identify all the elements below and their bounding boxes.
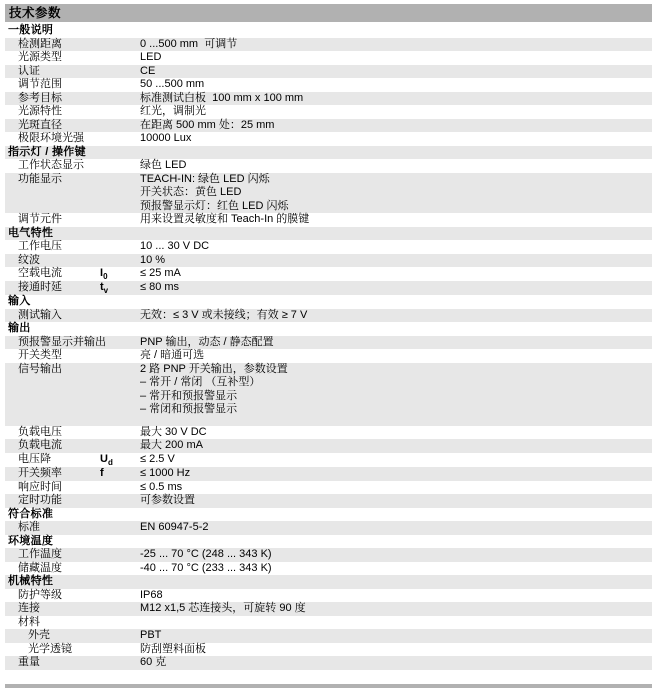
param-label: 响应时间: [5, 481, 100, 495]
param-value: 0 ...500 mm 可调节: [140, 38, 652, 52]
param-value: -25 ... 70 °C (248 ... 343 K): [140, 548, 652, 562]
section-header-row: 一般说明: [5, 24, 652, 38]
spec-row: 储藏温度-40 ... 70 °C (233 ... 343 K): [5, 562, 652, 576]
param-label: 光学透镜: [5, 643, 100, 657]
spec-row: 预报警显示并输出PNP 输出，动态 / 静态配置: [5, 336, 652, 350]
param-symbol: [100, 159, 140, 173]
spec-row: 光源特性红光，调制光: [5, 105, 652, 119]
value-line: PNP 输出，动态 / 静态配置: [140, 336, 652, 350]
section-header-row: 环境温度: [5, 535, 652, 549]
spec-row: 信号输出2 路 PNP 开关输出，参数设置– 常开 / 常闭 （互补型）– 常开…: [5, 363, 652, 426]
param-symbol: [100, 132, 140, 146]
spec-row: 调节元件用来设置灵敏度和 Teach-In 的膜键: [5, 213, 652, 227]
spec-row: 开关类型亮 / 暗通可选: [5, 349, 652, 363]
param-label: 标准: [5, 521, 100, 535]
param-value: 最大 30 V DC: [140, 426, 652, 440]
param-symbol: [100, 439, 140, 453]
section-label: 输出: [8, 322, 652, 336]
param-value: [140, 616, 652, 630]
param-symbol: [100, 119, 140, 133]
param-value: 10 %: [140, 254, 652, 268]
spec-row: 功能显示TEACH-IN: 绿色 LED 闪烁开关状态：黄色 LED预报警显示灯…: [5, 173, 652, 214]
param-symbol: [100, 363, 140, 426]
param-label: 开关类型: [5, 349, 100, 363]
param-label: 空载电流: [5, 267, 100, 281]
value-line: – 常闭和预报警显示: [140, 403, 652, 417]
section-label: 一般说明: [8, 24, 652, 38]
spec-row: 调节范围50 ...500 mm: [5, 78, 652, 92]
value-line: -25 ... 70 °C (248 ... 343 K): [140, 548, 652, 562]
param-label: 功能显示: [5, 173, 100, 214]
spec-row: 定时功能可参数设置: [5, 494, 652, 508]
spec-row: 极限环境光强10000 Lux: [5, 132, 652, 146]
value-line: 预报警显示灯：红色 LED 闪烁: [140, 200, 652, 214]
value-line: EN 60947-5-2: [140, 521, 652, 535]
spec-row: 空载电流I0≤ 25 mA: [5, 267, 652, 281]
param-symbol: [100, 240, 140, 254]
param-value: LED: [140, 51, 652, 65]
param-symbol: [100, 173, 140, 214]
value-line: 50 ...500 mm: [140, 78, 652, 92]
section-label: 环境温度: [8, 535, 652, 549]
param-value: 无效：≤ 3 V 或未接线；有效 ≥ 7 V: [140, 309, 652, 323]
value-line: -40 ... 70 °C (233 ... 343 K): [140, 562, 652, 576]
value-line: ≤ 80 ms: [140, 281, 652, 295]
section-header-row: 符合标准: [5, 508, 652, 522]
spec-row: 检测距离0 ...500 mm 可调节: [5, 38, 652, 52]
spec-row: 工作温度-25 ... 70 °C (248 ... 343 K): [5, 548, 652, 562]
param-label: 连接: [5, 602, 100, 616]
param-label: 工作温度: [5, 548, 100, 562]
section-label: 指示灯 / 操作键: [8, 146, 652, 160]
param-label: 储藏温度: [5, 562, 100, 576]
param-symbol: [100, 51, 140, 65]
param-symbol: [100, 38, 140, 52]
param-value: ≤ 25 mA: [140, 267, 652, 281]
spec-row: 防护等级IP68: [5, 589, 652, 603]
param-value: -40 ... 70 °C (233 ... 343 K): [140, 562, 652, 576]
param-value: 标准测试白板 100 mm x 100 mm: [140, 92, 652, 106]
spec-row: 纹波10 %: [5, 254, 652, 268]
value-line: 亮 / 暗通可选: [140, 349, 652, 363]
param-value: 10 ... 30 V DC: [140, 240, 652, 254]
param-symbol: Ud: [100, 453, 140, 467]
section-label: 符合标准: [8, 508, 652, 522]
value-line: 绿色 LED: [140, 159, 652, 173]
param-value: 用来设置灵敏度和 Teach-In 的膜键: [140, 213, 652, 227]
param-symbol: [100, 521, 140, 535]
value-line: ≤ 2.5 V: [140, 453, 652, 467]
param-value: IP68: [140, 589, 652, 603]
param-label: 材料: [5, 616, 100, 630]
param-value: 亮 / 暗通可选: [140, 349, 652, 363]
param-value: 60 克: [140, 656, 652, 670]
param-label: 接通时延: [5, 281, 100, 295]
param-label: 纹波: [5, 254, 100, 268]
param-symbol: [100, 629, 140, 643]
value-line: TEACH-IN: 绿色 LED 闪烁: [140, 173, 652, 187]
spec-row: 光学透镜防刮塑料面板: [5, 643, 652, 657]
param-label: 参考目标: [5, 92, 100, 106]
param-symbol: [100, 349, 140, 363]
param-symbol: I0: [100, 267, 140, 281]
param-symbol: [100, 336, 140, 350]
value-line: 2 路 PNP 开关输出，参数设置: [140, 363, 652, 377]
section-label: 电气特性: [8, 227, 652, 241]
param-value: 最大 200 mA: [140, 439, 652, 453]
param-symbol: [100, 589, 140, 603]
param-label: 认证: [5, 65, 100, 79]
spec-row: 标准EN 60947-5-2: [5, 521, 652, 535]
spec-row: 负载电流最大 200 mA: [5, 439, 652, 453]
param-label: 工作状态显示: [5, 159, 100, 173]
value-line: 10 ... 30 V DC: [140, 240, 652, 254]
param-value: 在距离 500 mm 处：25 mm: [140, 119, 652, 133]
spec-row: 负载电压最大 30 V DC: [5, 426, 652, 440]
param-symbol: [100, 213, 140, 227]
section-header-row: 指示灯 / 操作键: [5, 146, 652, 160]
value-line: CE: [140, 65, 652, 79]
param-value: 可参数设置: [140, 494, 652, 508]
value-line: 0 ...500 mm 可调节: [140, 38, 652, 52]
param-value: 2 路 PNP 开关输出，参数设置– 常开 / 常闭 （互补型）– 常开和预报警…: [140, 363, 652, 426]
param-label: 调节元件: [5, 213, 100, 227]
param-symbol: [100, 643, 140, 657]
param-symbol: [100, 602, 140, 616]
param-label: 极限环境光强: [5, 132, 100, 146]
section-header-row: 输出: [5, 322, 652, 336]
param-label: 信号输出: [5, 363, 100, 426]
value-line: PBT: [140, 629, 652, 643]
param-value: 防刮塑料面板: [140, 643, 652, 657]
spec-row: 光斑直径在距离 500 mm 处：25 mm: [5, 119, 652, 133]
param-symbol: [100, 616, 140, 630]
datasheet-page: 技术参数 一般说明检测距离0 ...500 mm 可调节光源类型LED认证CE调…: [0, 0, 656, 688]
value-line: IP68: [140, 589, 652, 603]
value-line: ≤ 0.5 ms: [140, 481, 652, 495]
param-symbol: [100, 426, 140, 440]
param-label: 负载电流: [5, 439, 100, 453]
param-value: 红光，调制光: [140, 105, 652, 119]
spec-row: 重量60 克: [5, 656, 652, 670]
param-value: 10000 Lux: [140, 132, 652, 146]
value-line: 最大 200 mA: [140, 439, 652, 453]
value-line: 防刮塑料面板: [140, 643, 652, 657]
value-line: 10000 Lux: [140, 132, 652, 146]
value-line: 60 克: [140, 656, 652, 670]
section-label: 机械特性: [8, 575, 652, 589]
value-line: 在距离 500 mm 处：25 mm: [140, 119, 652, 133]
value-line: 无效：≤ 3 V 或未接线；有效 ≥ 7 V: [140, 309, 652, 323]
spec-row: 认证CE: [5, 65, 652, 79]
spec-row: 材料: [5, 616, 652, 630]
value-line: 可参数设置: [140, 494, 652, 508]
param-value: ≤ 80 ms: [140, 281, 652, 295]
param-label: 调节范围: [5, 78, 100, 92]
param-symbol: [100, 78, 140, 92]
param-label: 负载电压: [5, 426, 100, 440]
param-value: ≤ 2.5 V: [140, 453, 652, 467]
next-section-bar-partial: [5, 684, 652, 688]
spec-row: 测试输入无效：≤ 3 V 或未接线；有效 ≥ 7 V: [5, 309, 652, 323]
section-label: 输入: [8, 295, 652, 309]
param-label: 测试输入: [5, 309, 100, 323]
param-symbol: [100, 309, 140, 323]
param-label: 重量: [5, 656, 100, 670]
symbol-base: U: [100, 453, 108, 465]
value-line: 标准测试白板 100 mm x 100 mm: [140, 92, 652, 106]
param-symbol: tv: [100, 281, 140, 295]
param-value: 绿色 LED: [140, 159, 652, 173]
section-header-row: 电气特性: [5, 227, 652, 241]
spec-row: 接通时延tv≤ 80 ms: [5, 281, 652, 295]
param-label: 工作电压: [5, 240, 100, 254]
param-label: 检测距离: [5, 38, 100, 52]
param-label: 电压降: [5, 453, 100, 467]
section-header-row: 输入: [5, 295, 652, 309]
param-symbol: [100, 656, 140, 670]
param-value: EN 60947-5-2: [140, 521, 652, 535]
value-line: [140, 616, 652, 630]
param-value: TEACH-IN: 绿色 LED 闪烁开关状态：黄色 LED预报警显示灯：红色 …: [140, 173, 652, 214]
spec-row: 外壳PBT: [5, 629, 652, 643]
spec-row: 电压降Ud≤ 2.5 V: [5, 453, 652, 467]
param-symbol: [100, 494, 140, 508]
value-line: – 常开和预报警显示: [140, 390, 652, 404]
symbol-subscript: 0: [103, 272, 107, 281]
value-line: ≤ 25 mA: [140, 267, 652, 281]
spec-row: 参考目标标准测试白板 100 mm x 100 mm: [5, 92, 652, 106]
spec-row: 工作电压10 ... 30 V DC: [5, 240, 652, 254]
spec-row: 工作状态显示绿色 LED: [5, 159, 652, 173]
value-line: 开关状态：黄色 LED: [140, 186, 652, 200]
param-value: ≤ 0.5 ms: [140, 481, 652, 495]
spec-row: 开关频率f≤ 1000 Hz: [5, 467, 652, 481]
param-label: 外壳: [5, 629, 100, 643]
param-label: 光斑直径: [5, 119, 100, 133]
param-symbol: [100, 92, 140, 106]
param-symbol: [100, 562, 140, 576]
symbol-base: f: [100, 467, 104, 479]
param-value: M12 x1,5 芯连接头，可旋转 90 度: [140, 602, 652, 616]
param-symbol: [100, 548, 140, 562]
symbol-subscript: v: [104, 286, 108, 295]
spec-row: 响应时间≤ 0.5 ms: [5, 481, 652, 495]
symbol-subscript: d: [108, 458, 113, 467]
spec-table: 一般说明检测距离0 ...500 mm 可调节光源类型LED认证CE调节范围50…: [5, 24, 652, 670]
value-line: – 常开 / 常闭 （互补型）: [140, 376, 652, 390]
param-value: PBT: [140, 629, 652, 643]
param-value: 50 ...500 mm: [140, 78, 652, 92]
page-title: 技术参数: [9, 6, 61, 20]
spec-row: 连接M12 x1,5 芯连接头，可旋转 90 度: [5, 602, 652, 616]
param-label: 光源类型: [5, 51, 100, 65]
value-line: 10 %: [140, 254, 652, 268]
param-symbol: f: [100, 467, 140, 481]
param-symbol: [100, 481, 140, 495]
param-value: ≤ 1000 Hz: [140, 467, 652, 481]
section-title-bar: 技术参数: [5, 4, 652, 22]
param-symbol: [100, 254, 140, 268]
value-line: ≤ 1000 Hz: [140, 467, 652, 481]
value-line: M12 x1,5 芯连接头，可旋转 90 度: [140, 602, 652, 616]
value-line: 红光，调制光: [140, 105, 652, 119]
value-line: LED: [140, 51, 652, 65]
spec-row: 光源类型LED: [5, 51, 652, 65]
param-value: PNP 输出，动态 / 静态配置: [140, 336, 652, 350]
param-symbol: [100, 105, 140, 119]
param-label: 预报警显示并输出: [5, 336, 100, 350]
param-label: 光源特性: [5, 105, 100, 119]
param-label: 定时功能: [5, 494, 100, 508]
param-label: 开关频率: [5, 467, 100, 481]
value-line: 最大 30 V DC: [140, 426, 652, 440]
param-value: CE: [140, 65, 652, 79]
value-line: 用来设置灵敏度和 Teach-In 的膜键: [140, 213, 652, 227]
param-label: 防护等级: [5, 589, 100, 603]
section-header-row: 机械特性: [5, 575, 652, 589]
param-symbol: [100, 65, 140, 79]
